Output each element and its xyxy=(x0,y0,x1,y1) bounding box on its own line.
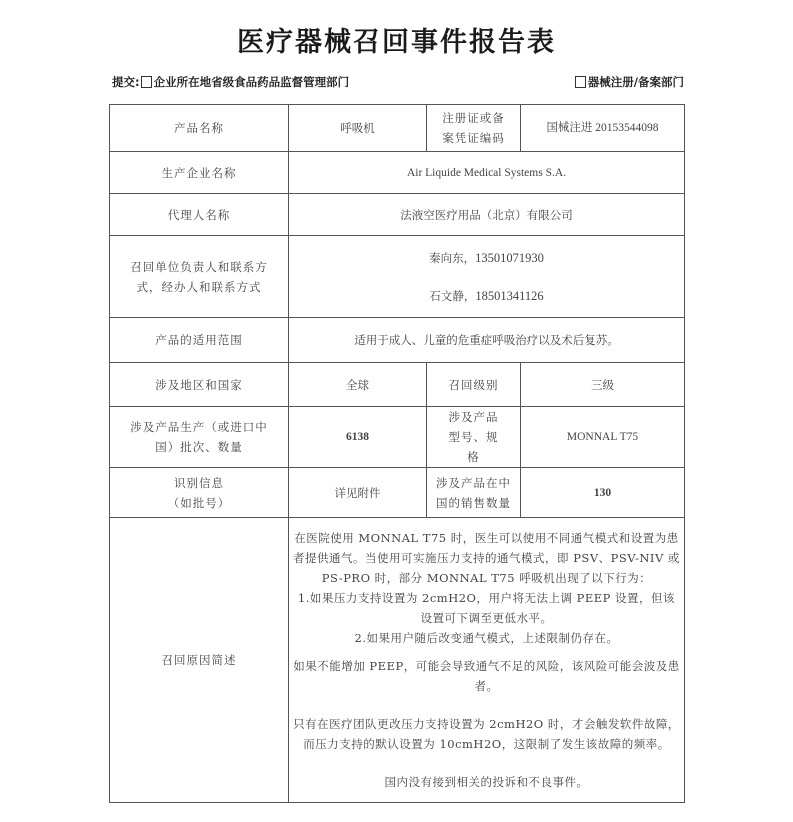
checkbox-provincial[interactable] xyxy=(141,76,152,88)
row-batch: 涉及产品生产（或进口中国）批次、数量 6138 涉及产品型号、规格 MONNAL… xyxy=(110,407,685,468)
region-value: 全球 xyxy=(289,363,427,407)
row-manufacturer: 生产企业名称 Air Liquide Medical Systems S.A. xyxy=(110,152,685,194)
contact-2-name: 石文静， xyxy=(429,289,475,303)
model-value: MONNAL T75 xyxy=(521,407,685,468)
reason-paragraph-4: 如果不能增加 PEEP，可能会导致通气不足的风险，该风险可能会波及患者。 xyxy=(293,656,680,696)
contacts-value: 秦向东，13501071930 石文静，18501341126 xyxy=(289,236,685,318)
recall-report-table: 产品名称 呼吸机 注册证或备案凭证编码 国械注进 20153544098 生产企… xyxy=(109,104,685,803)
recall-level-value: 三级 xyxy=(521,363,685,407)
contact-1-phone: 13501071930 xyxy=(475,251,544,265)
row-reason: 召回原因简述 在医院使用 MONNAL T75 时，医生可以使用不同通气模式和设… xyxy=(110,518,685,803)
reg-cert-label: 注册证或备案凭证编码 xyxy=(427,105,521,152)
row-identification: 识别信息 （如批号） 详见附件 涉及产品在中国的销售数量 130 xyxy=(110,468,685,518)
scope-label: 产品的适用范围 xyxy=(110,318,289,363)
reason-description: 在医院使用 MONNAL T75 时，医生可以使用不同通气模式和设置为患者提供通… xyxy=(289,518,685,803)
contacts-label: 召回单位负责人和联系方式，经办人和联系方式 xyxy=(110,236,289,318)
checkbox-registration[interactable] xyxy=(575,76,586,88)
submit-option-provincial: 提交: 企业所在地省级食品药品监督管理部门 xyxy=(112,74,349,90)
row-scope: 产品的适用范围 适用于成人、儿童的危重症呼吸治疗以及术后复苏。 xyxy=(110,318,685,363)
china-sales-value: 130 xyxy=(521,468,685,518)
option-provincial-label: 企业所在地省级食品药品监督管理部门 xyxy=(154,74,350,90)
product-name-value: 呼吸机 xyxy=(289,105,427,152)
manufacturer-label: 生产企业名称 xyxy=(110,152,289,194)
product-name-label: 产品名称 xyxy=(110,105,289,152)
reason-paragraph-3: 2.如果用户随后改变通气模式，上述限制仍存在。 xyxy=(293,628,680,648)
model-label: 涉及产品型号、规格 xyxy=(427,407,521,468)
row-product-name: 产品名称 呼吸机 注册证或备案凭证编码 国械注进 20153544098 xyxy=(110,105,685,152)
option-registration-label: 器械注册/备案部门 xyxy=(588,74,684,90)
china-sales-label: 涉及产品在中国的销售数量 xyxy=(427,468,521,518)
ident-value: 详见附件 xyxy=(289,468,427,518)
reason-paragraph-5: 只有在医疗团队更改压力支持设置为 2cmH2O 时，才会触发软件故障，而压力支持… xyxy=(293,714,680,754)
agent-value: 法液空医疗用品（北京）有限公司 xyxy=(289,194,685,236)
contact-line-2: 石文静，18501341126 xyxy=(293,286,680,306)
recall-level-label: 召回级别 xyxy=(427,363,521,407)
submit-line: 提交: 企业所在地省级食品药品监督管理部门 器械注册/备案部门 xyxy=(112,74,684,92)
submit-label: 提交: xyxy=(112,74,140,90)
row-region: 涉及地区和国家 全球 召回级别 三级 xyxy=(110,363,685,407)
reg-cert-value: 国械注进 20153544098 xyxy=(521,105,685,152)
reason-paragraph-2: 1.如果压力支持设置为 2cmH2O，用户将无法上调 PEEP 设置，但该设置可… xyxy=(293,588,680,628)
contact-line-1: 秦向东，13501071930 xyxy=(293,248,680,268)
form-title: 医疗器械召回事件报告表 xyxy=(0,20,793,59)
region-label: 涉及地区和国家 xyxy=(110,363,289,407)
ident-label-line2: （如批号） xyxy=(114,493,284,513)
row-agent: 代理人名称 法液空医疗用品（北京）有限公司 xyxy=(110,194,685,236)
batch-value: 6138 xyxy=(289,407,427,468)
reason-paragraph-1: 在医院使用 MONNAL T75 时，医生可以使用不同通气模式和设置为患者提供通… xyxy=(293,528,680,588)
manufacturer-value: Air Liquide Medical Systems S.A. xyxy=(289,152,685,194)
ident-label: 识别信息 （如批号） xyxy=(110,468,289,518)
contact-2-phone: 18501341126 xyxy=(475,289,543,303)
row-contacts: 召回单位负责人和联系方式，经办人和联系方式 秦向东，13501071930 石文… xyxy=(110,236,685,318)
contact-1-name: 秦向东， xyxy=(429,251,475,265)
reason-paragraph-6: 国内没有接到相关的投诉和不良事件。 xyxy=(293,772,680,792)
scope-value: 适用于成人、儿童的危重症呼吸治疗以及术后复苏。 xyxy=(289,318,685,363)
reason-label: 召回原因简述 xyxy=(110,518,289,803)
batch-label: 涉及产品生产（或进口中国）批次、数量 xyxy=(110,407,289,468)
ident-label-line1: 识别信息 xyxy=(114,473,284,493)
submit-option-registration: 器械注册/备案部门 xyxy=(574,74,684,90)
agent-label: 代理人名称 xyxy=(110,194,289,236)
